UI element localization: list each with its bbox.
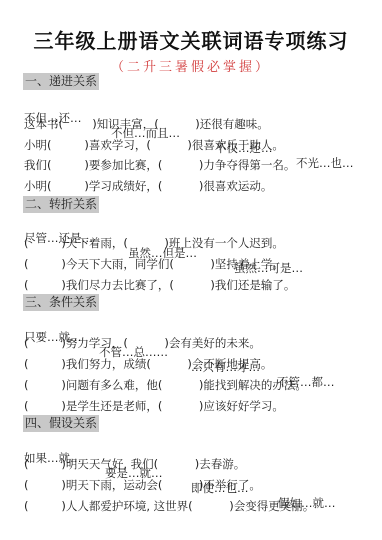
page-title: 三年级上册语文关联词语专项练习	[0, 25, 382, 54]
exercise-sentence: ( )明天天气好, 我们( )去春游。	[24, 457, 245, 472]
exercise-sentence: ( )问题有多么难，他( )能找到解决的办法。	[24, 378, 307, 393]
exercise-sentence: ( )明天下雨，运动会( )不举行了。	[24, 478, 261, 493]
exercise-sentence: ( )我们努力，成绩( )会不断地提高。	[24, 357, 272, 372]
exercise-sentence: ( )努力学习，( )会有美好的未来。	[24, 336, 261, 351]
section-heading-progressive: 一、递进关系	[23, 73, 99, 90]
exercise-sentence: ( )天下着雨，( )班上没有一个人迟到。	[24, 236, 284, 251]
section-heading-adversative: 二、转折关系	[23, 196, 99, 213]
exercise-sentence: 小明( )喜欢学习，( )很喜欢乐于助人。	[24, 138, 284, 153]
exercise-sentence: 我们( )要参加比赛，( )力争夺得第一名。	[24, 158, 295, 173]
exercise-sentence: 小明( )学习成绩好，( )很喜欢运动。	[24, 179, 272, 194]
exercise-sentence: ( )人人都爱护环境, 这世界( )会变得更美丽。	[24, 499, 314, 514]
keyword: 不光…也…	[296, 156, 354, 171]
exercise-sentence: 这本书( )知识丰富，( )还很有趣味。	[24, 117, 269, 132]
exercise-sentence: ( )是学生还是老师，( )应该好好学习。	[24, 399, 284, 414]
section-heading-conditional: 三、条件关系	[23, 294, 99, 311]
exercise-sentence: ( )今天下大雨，同学们( )坚持着上学。	[24, 257, 284, 272]
section-heading-hypothetical: 四、假设关系	[23, 415, 99, 432]
exercise-sentence: ( )我们尽力去比赛了，( )我们还是输了。	[24, 278, 295, 293]
